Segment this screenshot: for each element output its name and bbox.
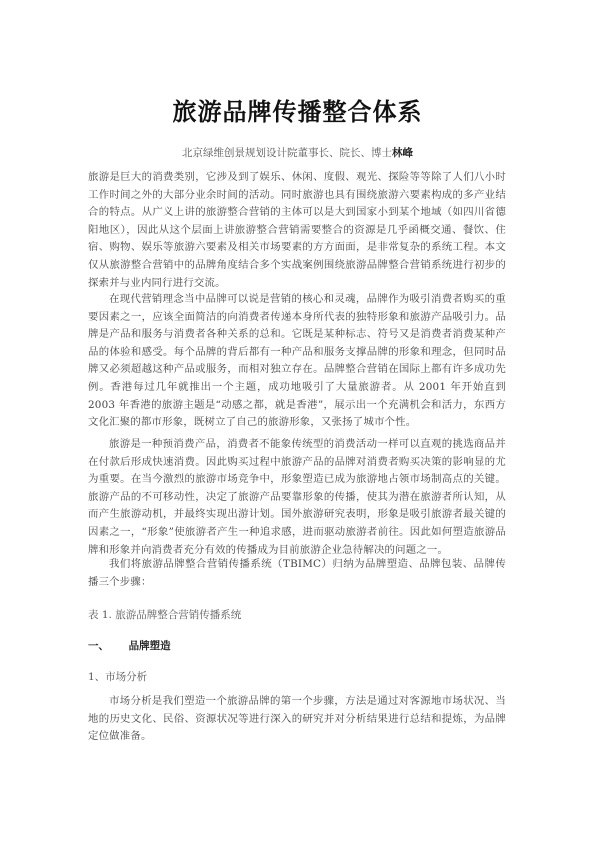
paragraph-tbimc: 我们将旅游品牌整合营销传播系统（TBIMC）归纳为品牌塑造、品牌包装、品牌传播三… bbox=[88, 556, 506, 591]
author-byline: 北京绿维创景规划设计院董事长、院长、博士林峰 bbox=[0, 145, 595, 160]
paragraph-market-analysis: 市场分析是我们塑造一个旅游品牌的第一个步骤，方法是通过对客源地市场状况、当地的历… bbox=[88, 693, 506, 746]
paragraph-intro: 旅游是巨大的消费类别，它涉及到了娱乐、休闲、度假、观光、探险等等除了人们八小时工… bbox=[88, 169, 506, 292]
author-name: 林峰 bbox=[392, 147, 413, 159]
section-heading: 一、 品牌塑造 bbox=[88, 638, 171, 653]
table-caption: 表 1. 旅游品牌整合营销传播系统 bbox=[88, 607, 241, 622]
section-heading-number: 一、 bbox=[88, 640, 109, 652]
paragraph-preconsumption: 旅游是一种预消费产品，消费者不能象传统型的消费活动一样可以直观的挑选商品并在付款… bbox=[88, 436, 506, 559]
document-page: 旅游品牌传播整合体系 北京绿维创景规划设计院董事长、院长、博士林峰 旅游是巨大的… bbox=[0, 0, 595, 842]
document-title: 旅游品牌传播整合体系 bbox=[0, 92, 595, 127]
section-heading-text: 品牌塑造 bbox=[129, 640, 171, 652]
author-affiliation: 北京绿维创景规划设计院董事长、院长、博士 bbox=[182, 147, 392, 159]
subsection-heading: 1、市场分析 bbox=[88, 669, 147, 684]
paragraph-brand-core: 在现代营销理念当中品牌可以说是营销的核心和灵魂，品牌作为吸引消费者购买的重要因素… bbox=[88, 291, 506, 432]
